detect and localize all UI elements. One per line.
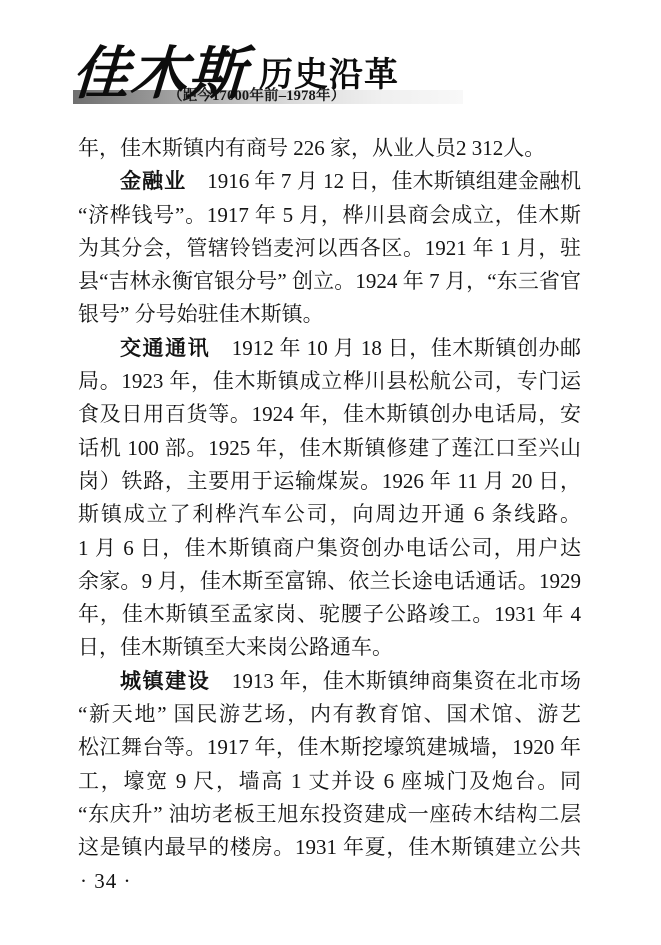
book-title-calligraphy: 佳木斯: [71, 46, 248, 103]
text-line: “新天地” 国民游艺场，内有教育馆、国术馆、游艺场、: [78, 698, 581, 731]
text-run: 县“吉林永衡官银分号” 创立。1924 年 7 月，“东三省官: [78, 269, 581, 293]
text-run: 局。1923 年，佳木斯镇成立桦川县松航公司，专门运输粮: [78, 369, 581, 398]
text-run: 年，佳木斯镇内有商号 226 家，从业人员2 312人。: [78, 136, 545, 160]
text-run: 话机 100 部。1925 年，佳木斯镇修建了莲江口至兴山（鹤: [78, 436, 581, 465]
text-run: 这是镇内最早的楼房。1931 年夏，佳木斯镇建立公共体育: [78, 835, 581, 864]
section-heading: 交通通讯: [120, 336, 210, 360]
text-run: 年，佳木斯镇至孟家岗、驼腰子公路竣工。1931 年 4 月 15: [78, 602, 581, 631]
text-line: 银号” 分号始驻佳木斯镇。: [78, 298, 581, 331]
section-heading: 金融业: [120, 169, 186, 193]
text-run: 食及日用百货等。1924 年，佳木斯镇创办电话局，安装电: [78, 402, 581, 431]
text-run: 日，佳木斯镇至大来岗公路通车。: [78, 635, 393, 659]
text-run: 工，壕宽 9 尺，墙高 1 丈并设 6 座城门及炮台。同年，: [78, 769, 581, 798]
book-title-text: 历史沿革: [259, 58, 399, 92]
text-run: 余家。9 月，佳木斯至富锦、依兰长途电话通话。1929: [78, 569, 581, 593]
text-run: 银号” 分号始驻佳木斯镇。: [78, 302, 324, 326]
book-page: （距今17000年前–1978年） 佳木斯 历史沿革 年，佳木斯镇内有商号 22…: [0, 0, 661, 945]
text-line: 城镇建设 1913 年，佳木斯镇绅商集资在北市场建成: [78, 665, 581, 698]
text-line: 为其分会，管辖铃铛麦河以西各区。1921 年 1 月，驻桦川: [78, 232, 581, 265]
text-line: 年，佳木斯镇至孟家岗、驼腰子公路竣工。1931 年 4 月 15: [78, 598, 581, 631]
text-run: “新天地” 国民游艺场，内有教育馆、国术馆、游艺场、: [78, 702, 581, 731]
text-line: 1 月 6 日，佳木斯镇商户集资创办电话公司，用户达 150: [78, 532, 581, 565]
text-line: 局。1923 年，佳木斯镇成立桦川县松航公司，专门运输粮: [78, 365, 581, 398]
text-line: 斯镇成立了利桦汽车公司，向周边开通 6 条线路。1928 年: [78, 498, 581, 531]
page-number: · 34 ·: [80, 869, 132, 894]
text-line: “东庆升” 油坊老板王旭东投资建成一座砖木结构二层楼，: [78, 798, 581, 831]
section-heading: 城镇建设: [120, 669, 210, 693]
text-line: 金融业 1916 年 7 月 12 日，佳木斯镇组建金融机构: [78, 165, 581, 198]
text-run: 为其分会，管辖铃铛麦河以西各区。1921 年 1 月，驻桦川: [78, 236, 581, 265]
text-run: 岗）铁路，主要用于运输煤炭。1926 年 11 月 20 日，佳木: [78, 469, 581, 498]
text-run: 1 月 6 日，佳木斯镇商户集资创办电话公司，用户达 150: [78, 536, 581, 565]
text-line: “济桦钱号”。1917 年 5 月，桦川县商会成立，佳木斯商会: [78, 199, 581, 232]
text-line: 食及日用百货等。1924 年，佳木斯镇创办电话局，安装电: [78, 398, 581, 431]
text-line: 岗）铁路，主要用于运输煤炭。1926 年 11 月 20 日，佳木: [78, 465, 581, 498]
body-text: 年，佳木斯镇内有商号 226 家，从业人员2 312人。金融业 1916 年 7…: [78, 132, 581, 865]
text-line: 余家。9 月，佳木斯至富锦、依兰长途电话通话。1929: [78, 565, 581, 598]
text-run: 松江舞台等。1917 年，佳木斯挖壕筑建城墙，1920 年竣: [78, 735, 581, 764]
text-line: 县“吉林永衡官银分号” 创立。1924 年 7 月，“东三省官: [78, 265, 581, 298]
text-line: 日，佳木斯镇至大来岗公路通车。: [78, 631, 581, 664]
text-run: 斯镇成立了利桦汽车公司，向周边开通 6 条线路。1928 年: [78, 502, 581, 531]
text-line: 松江舞台等。1917 年，佳木斯挖壕筑建城墙，1920 年竣: [78, 731, 581, 764]
text-run: “东庆升” 油坊老板王旭东投资建成一座砖木结构二层楼，: [78, 802, 581, 831]
text-line: 这是镇内最早的楼房。1931 年夏，佳木斯镇建立公共体育: [78, 831, 581, 864]
text-line: 年，佳木斯镇内有商号 226 家，从业人员2 312人。: [78, 132, 581, 165]
text-run: “济桦钱号”。1917 年 5 月，桦川县商会成立，佳木斯商会: [78, 203, 581, 232]
text-line: 工，壕宽 9 尺，墙高 1 丈并设 6 座城门及炮台。同年，: [78, 765, 581, 798]
text-line: 话机 100 部。1925 年，佳木斯镇修建了莲江口至兴山（鹤: [78, 432, 581, 465]
text-line: 交通通讯 1912 年 10 月 18 日，佳木斯镇创办邮电: [78, 332, 581, 365]
